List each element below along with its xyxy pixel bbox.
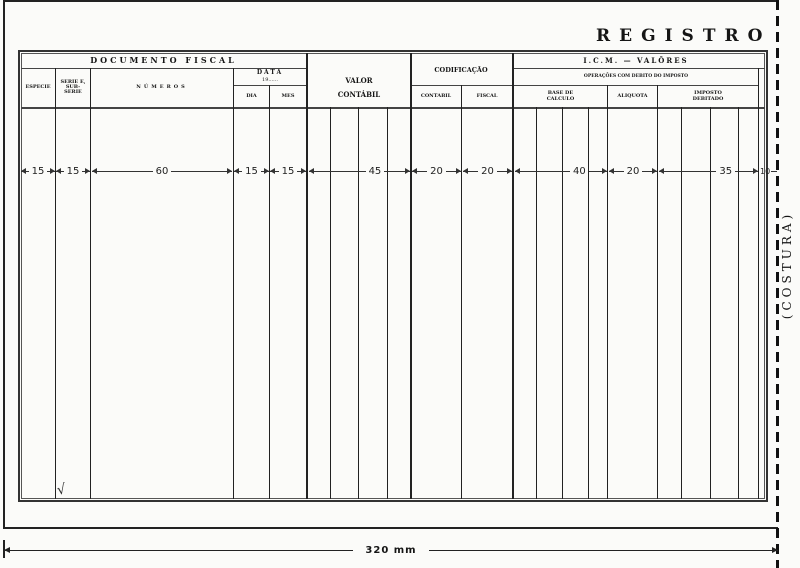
dim-especie: 15 <box>21 165 55 177</box>
dim-dia: 15 <box>234 165 269 177</box>
total-width-dimension: 320 mm <box>4 543 778 557</box>
dim-dia-value: 15 <box>242 166 261 177</box>
width-dim-line-left <box>4 550 353 551</box>
header-especie: ESPECIE <box>21 68 55 107</box>
dim-imposto-debitado: 35 <box>659 165 758 177</box>
dim-fiscal: 20 <box>463 165 512 177</box>
dim-margin: 10 <box>759 165 777 177</box>
col-line-aliquota <box>607 85 608 499</box>
total-width-label: 320 mm <box>353 545 428 556</box>
dim-valor-value: 45 <box>366 166 385 177</box>
dim-numeros: 60 <box>92 165 232 177</box>
header-data-year: 19...... <box>234 77 306 85</box>
dim-base-value: 40 <box>570 166 589 177</box>
col-line-fiscal <box>461 85 462 499</box>
page-frame-bottom <box>3 527 778 529</box>
page-frame-top <box>3 0 778 2</box>
col-line-icm-left <box>512 53 514 499</box>
col-line-valor-left <box>306 53 308 499</box>
dim-valor-contabil: 45 <box>309 165 410 177</box>
seam-label: (COSTURA) <box>772 205 800 325</box>
dim-imposto-value: 35 <box>716 166 735 177</box>
dim-base-calculo: 40 <box>515 165 607 177</box>
dim-contabil-value: 20 <box>427 166 446 177</box>
header-bottom-line <box>21 107 765 109</box>
dim-especie-value: 15 <box>29 166 48 177</box>
page-title: REGISTRO <box>596 26 771 46</box>
col-line-numeros <box>90 68 91 499</box>
dim-mes-value: 15 <box>279 166 298 177</box>
col-line-codificacao-left <box>410 53 412 499</box>
dim-serie: 15 <box>56 165 90 177</box>
col-line-mes <box>269 85 270 499</box>
dim-aliquota: 20 <box>609 165 657 177</box>
header-fiscal: FISCAL <box>462 86 512 107</box>
header-serie: SERIE E, SUB-SERIE <box>56 68 90 107</box>
col-line-margin <box>758 68 759 499</box>
header-valor-contabil: VALOR CONTÁBIL <box>308 68 410 107</box>
header-base-calculo: BASE DE CALCULO <box>514 86 607 107</box>
header-aliquota: ALIQUOTA <box>608 86 657 107</box>
header-mes: MES <box>270 86 306 107</box>
col-line-dia <box>233 68 234 499</box>
col-line-serie <box>55 68 56 499</box>
dim-margin-value: 10 <box>759 167 771 176</box>
width-dim-line-right <box>429 550 778 551</box>
dim-contabil: 20 <box>412 165 461 177</box>
header-contabil: CONTABIL <box>411 86 461 107</box>
page-frame-left <box>3 0 5 528</box>
col-line-imposto <box>657 85 658 499</box>
dim-aliquota-value: 20 <box>624 166 643 177</box>
dim-mes: 15 <box>270 165 306 177</box>
header-codificacao: CODIFICAÇÃO <box>412 60 510 80</box>
header-numeros: NÚMEROS <box>91 68 233 107</box>
header-icm-valores: I.C.M. — VALÔRES <box>514 53 758 68</box>
seam-label-text: (COSTURA) <box>780 211 794 319</box>
header-dia: DIA <box>234 86 269 107</box>
dim-fiscal-value: 20 <box>478 166 497 177</box>
dim-serie-value: 15 <box>64 166 83 177</box>
header-documento-fiscal: DOCUMENTO FISCAL <box>21 53 306 68</box>
header-operacoes: OPERAÇÕES COM DEBITO DO IMPOSTO <box>514 69 758 85</box>
dim-numeros-value: 60 <box>153 166 172 177</box>
form-table-inner-border <box>21 53 765 499</box>
header-imposto-debitado: IMPOSTO DEBITADO <box>658 86 758 107</box>
